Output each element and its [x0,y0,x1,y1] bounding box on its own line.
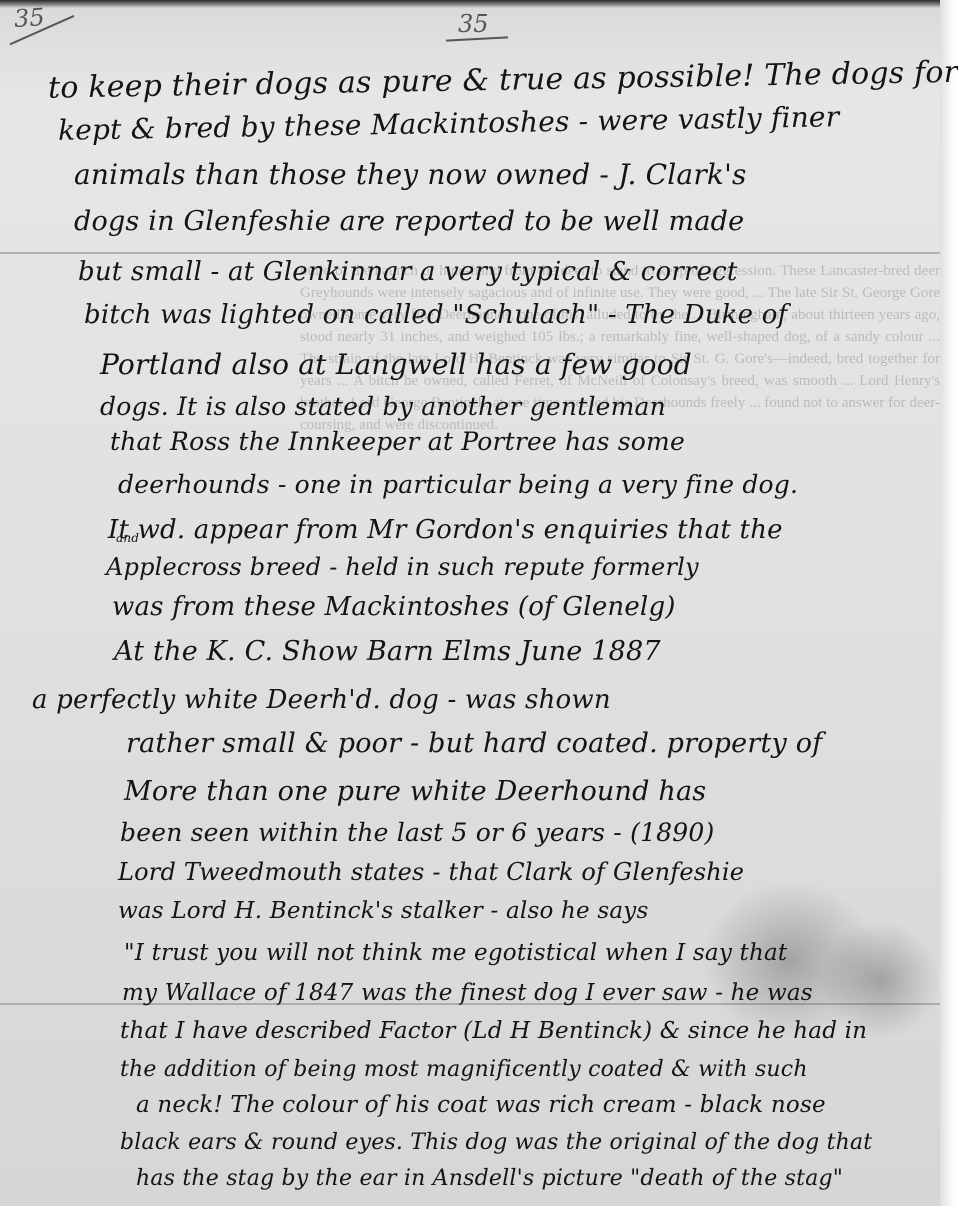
manuscript-line: dogs. It is also stated by another gentl… [100,392,666,421]
manuscript-line: rather small & poor - but hard coated. p… [126,728,822,759]
manuscript-line: At the K. C. Show Barn Elms June 1887 [114,636,661,667]
manuscript-line: kept & bred by these Mackintoshes - were… [58,100,840,147]
manuscript-line: dogs in Glenfeshie are reported to be we… [74,206,744,237]
paper-fold [0,252,940,254]
manuscript-line: bitch was lighted on called "Schulach" -… [84,300,787,330]
manuscript-line: a neck! The colour of his coat was rich … [136,1092,826,1118]
manuscript-line: black ears & round eyes. This dog was th… [120,1130,872,1155]
manuscript-line: has the stag by the ear in Ansdell's pic… [136,1166,843,1191]
manuscript-line: It wd. appear from Mr Gordon's enquiries… [108,515,783,545]
manuscript-line: and Applecross breed - held in such repu… [106,553,699,581]
manuscript-line: More than one pure white Deerhound has [124,776,706,807]
paper-top-edge [0,0,958,8]
manuscript-page: build of the haunch or hind-hand from th… [0,0,958,1206]
manuscript-line: "I trust you will not think me egotistic… [124,940,787,966]
manuscript-line: the addition of being most magnificently… [120,1057,808,1082]
page-number-corner: 35 [13,3,45,33]
manuscript-line: animals than those they now owned - J. C… [74,158,747,191]
manuscript-line-text: Applecross breed - held in such repute f… [106,553,699,581]
manuscript-line: but small - at Glenkinnar a very typical… [78,257,738,287]
manuscript-line: Lord Tweedmouth states - that Clark of G… [118,858,744,886]
manuscript-line: a perfectly white Deerh'd. dog - was sho… [32,685,611,715]
manuscript-line: deerhounds - one in particular being a v… [118,470,798,499]
paper-right-edge [940,0,958,1206]
manuscript-line: was from these Mackintoshes (of Glenelg) [112,592,676,622]
manuscript-line: that Ross the Innkeeper at Portree has s… [110,427,685,456]
page-number-center: 35 [458,10,489,38]
manuscript-line: been seen within the last 5 or 6 years -… [120,818,714,847]
manuscript-line: to keep their dogs as pure & true as pos… [48,53,958,105]
manuscript-line: Portland also at Langwell has a few good [100,348,692,381]
manuscript-line: that I have described Factor (Ld H Benti… [120,1018,867,1044]
manuscript-line: my Wallace of 1847 was the finest dog I … [122,980,813,1006]
manuscript-line: was Lord H. Bentinck's stalker - also he… [118,898,648,924]
interlinear-insertion: and [116,531,139,545]
